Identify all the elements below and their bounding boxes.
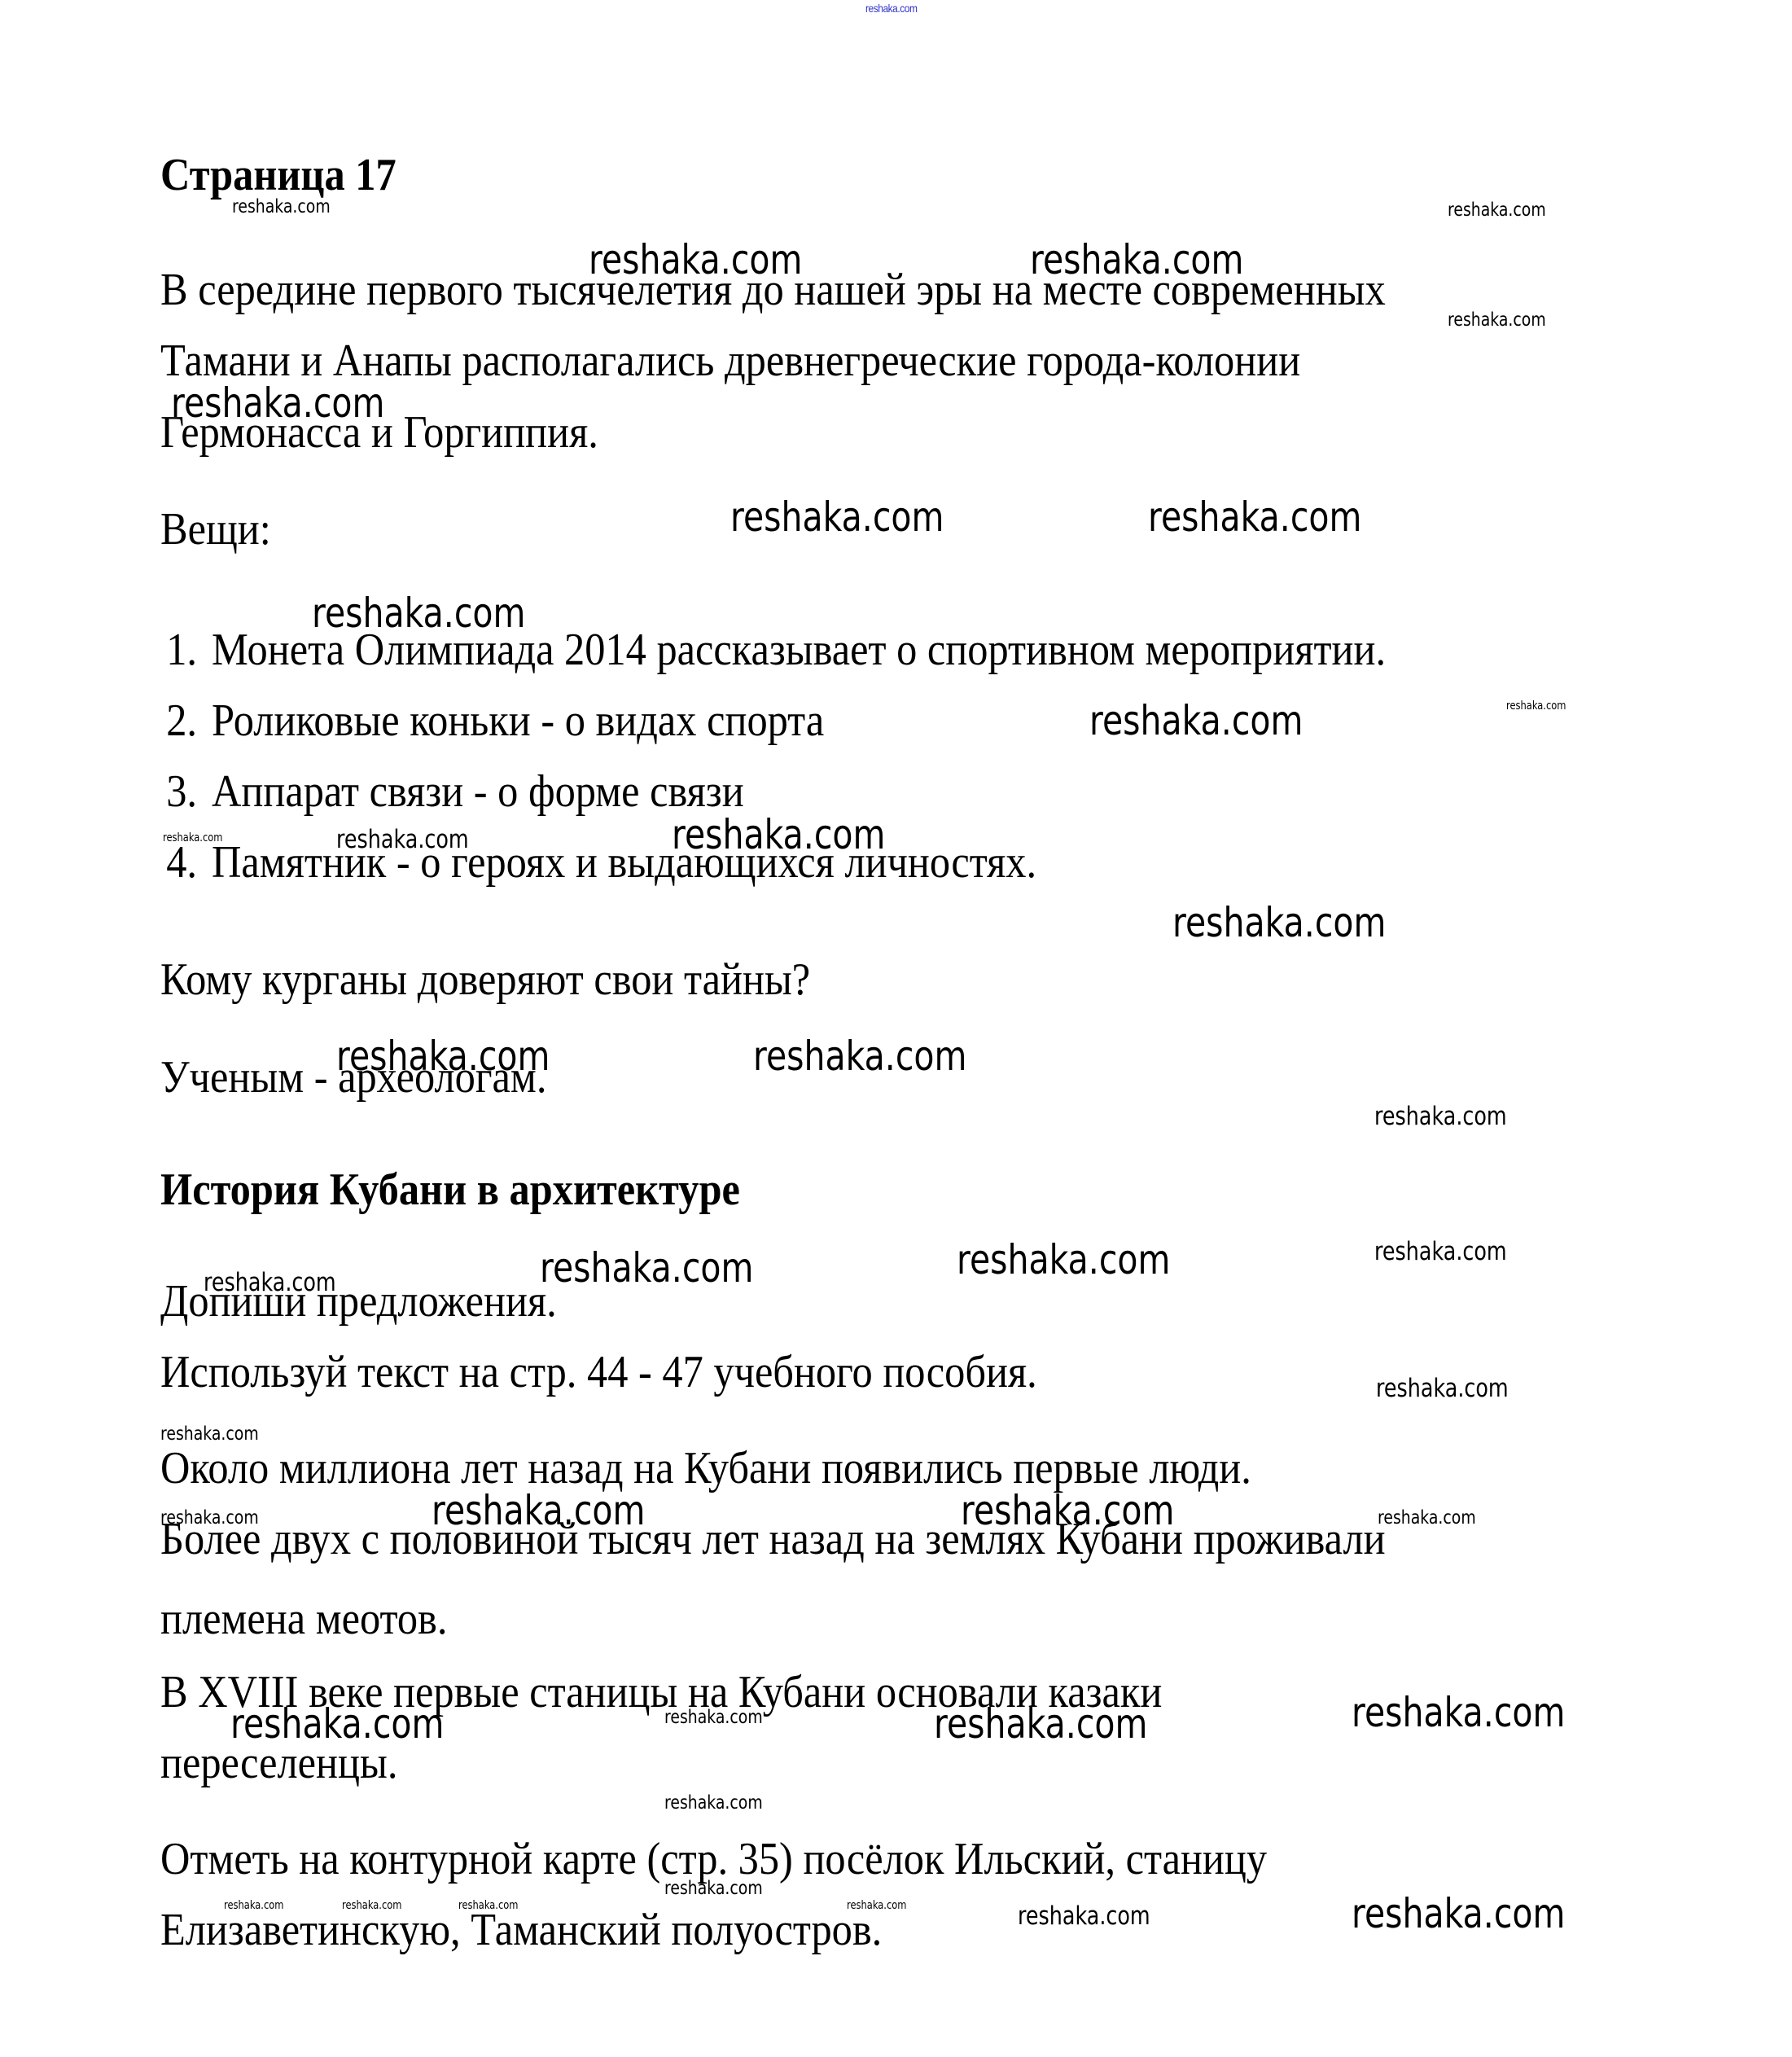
watermark: reshaka.com: [342, 1900, 401, 1911]
document-page: Страница 17 В середине первого тысячелет…: [0, 0, 1792, 2057]
watermark: reshaka.com: [1448, 201, 1546, 220]
sentence-line: Более двух с половиной тысяч лет назад н…: [160, 1516, 1386, 1562]
question: Кому курганы доверяют свои тайны?: [160, 957, 810, 1002]
watermark: reshaka.com: [934, 1704, 1147, 1744]
list-text: Аппарат связи - о форме связи: [212, 766, 744, 817]
watermark: reshaka.com: [1376, 1376, 1509, 1401]
watermark: reshaka.com: [1506, 700, 1566, 712]
watermark: reshaka.com: [232, 198, 331, 217]
watermark: reshaka.com: [1018, 1904, 1150, 1929]
watermark: reshaka.com: [957, 1239, 1170, 1280]
watermark: reshaka.com: [336, 827, 469, 853]
task-instruction: Используй текст на стр. 44 - 47 учебного…: [160, 1349, 1037, 1395]
map-task-line: Отметь на контурной карте (стр. 35) посё…: [160, 1836, 1267, 1882]
watermark: reshaka.com: [160, 1509, 259, 1528]
sentence-line: племена меотов.: [160, 1596, 447, 1642]
watermark: reshaka.com: [589, 239, 802, 280]
watermark: reshaka.com: [312, 593, 525, 634]
watermark: reshaka.com: [664, 1879, 763, 1898]
watermark: reshaka.com: [224, 1900, 283, 1911]
list-text: Роликовые коньки - о видах спорта: [212, 695, 824, 746]
watermark: reshaka.com: [230, 1704, 444, 1744]
watermark: reshaka.com: [961, 1490, 1174, 1531]
watermark: reshaka.com: [1172, 902, 1386, 943]
watermark: reshaka.com: [1352, 1692, 1565, 1733]
watermark: reshaka.com: [432, 1490, 645, 1531]
things-label: Вещи:: [160, 507, 271, 552]
watermark: reshaka.com: [1374, 1239, 1507, 1265]
watermark: reshaka.com: [1148, 497, 1361, 537]
map-task-line: Елизаветинскую, Таманский полуостров.: [160, 1907, 882, 1953]
watermark: reshaka.com: [730, 497, 944, 537]
list-item: 2.Роликовые коньки - о видах спорта: [160, 698, 824, 743]
list-number: 4.: [131, 840, 197, 885]
list-item: 4.Памятник - о героях и выдающихся лично…: [160, 840, 1036, 885]
watermark: reshaka.com: [664, 1708, 763, 1727]
list-number: 1.: [131, 627, 197, 673]
watermark: reshaka.com: [1089, 700, 1303, 741]
watermark: reshaka.com: [171, 383, 384, 423]
watermark: reshaka.com: [1448, 311, 1546, 330]
watermark: reshaka.com: [1374, 1104, 1507, 1129]
list-text: Памятник - о героях и выдающихся личност…: [212, 837, 1036, 888]
list-number: 2.: [131, 698, 197, 743]
watermark: reshaka.com: [160, 1425, 259, 1444]
watermark: reshaka.com: [204, 1270, 336, 1296]
watermark: reshaka.com: [163, 832, 222, 844]
sentence-line: Около миллиона лет назад на Кубани появи…: [160, 1445, 1251, 1491]
watermark: reshaka.com: [847, 1900, 906, 1911]
list-number: 3.: [131, 769, 197, 814]
watermark: reshaka.com: [1378, 1509, 1476, 1528]
watermark: reshaka.com: [672, 814, 885, 855]
watermark: reshaka.com: [1030, 239, 1243, 280]
list-item: 3.Аппарат связи - о форме связи: [160, 769, 744, 814]
section-title: История Кубани в архитектуре: [160, 1167, 740, 1213]
watermark: reshaka.com: [753, 1036, 966, 1077]
watermark: reshaka.com: [540, 1248, 753, 1288]
page-title: Страница 17: [160, 152, 397, 198]
watermark: reshaka.com: [336, 1036, 550, 1077]
watermark: reshaka.com: [664, 1794, 763, 1813]
watermark: reshaka.com: [458, 1900, 518, 1911]
watermark: reshaka.com: [1352, 1893, 1565, 1934]
paragraph-line: Тамани и Анапы располагались древнегрече…: [160, 338, 1300, 384]
